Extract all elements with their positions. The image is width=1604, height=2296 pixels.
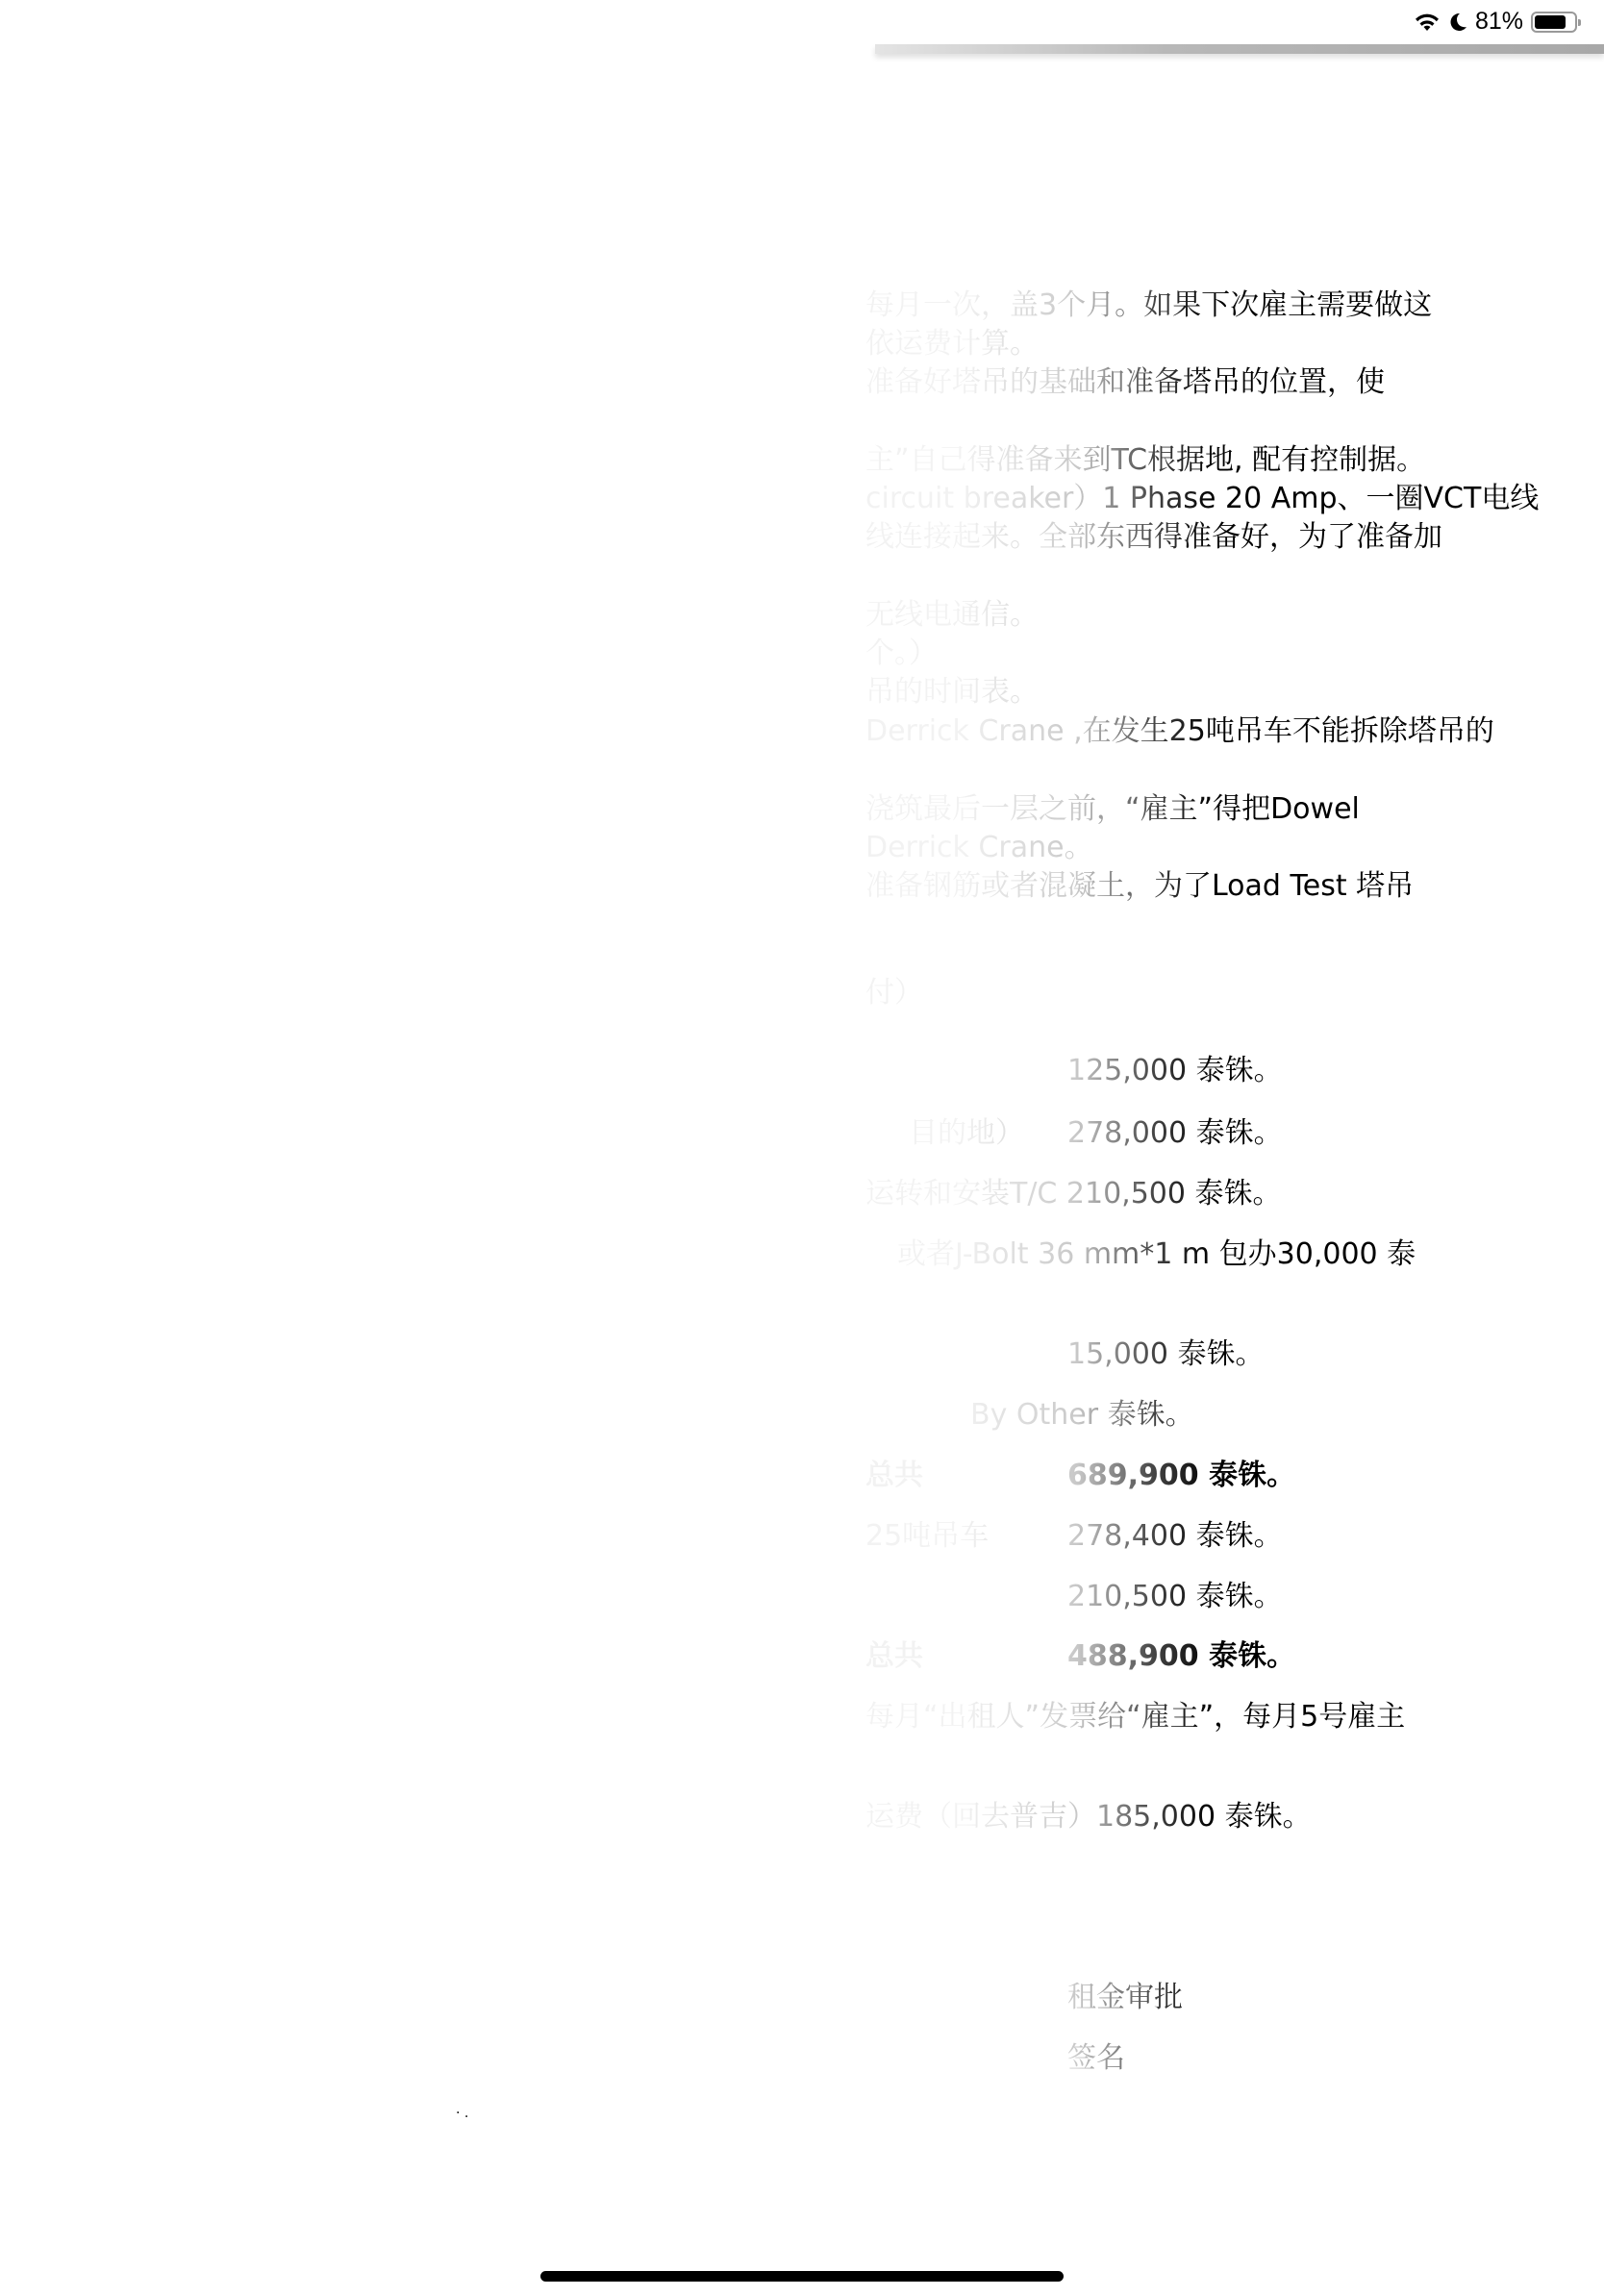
document-line: 准备钢筋或者混凝土，为了Load Test 塔吊 <box>865 867 1414 906</box>
document-line: Derrick Crane ,在发生25吨吊车不能拆除塔吊的 <box>865 712 1494 751</box>
document-line: 125,000 泰铢。 <box>1067 1052 1283 1090</box>
document-line: 主”自己得准备来到TC根据地, 配有控制据。 <box>865 441 1425 480</box>
document-line: 210,500 泰铢。 <box>1067 1578 1283 1616</box>
document-line: By Other 泰铢。 <box>970 1396 1194 1435</box>
document-line: circuit breaker）1 Phase 20 Amp、一圈VCT电线 <box>865 480 1539 518</box>
document-line: 每月一次，盖3个月。如果下次雇主需要做这 <box>865 287 1432 325</box>
document-line: 无线电通信。 <box>865 596 1039 635</box>
document-line: 总共 <box>865 1457 923 1495</box>
document-line: 浇筑最后一层之前，“雇主”得把Dowel <box>865 790 1360 829</box>
stray-marks: · . <box>456 2106 468 2121</box>
document-page[interactable]: 每月一次，盖3个月。如果下次雇主需要做这依运费计算。准备好塔吊的基础和准备塔吊的… <box>0 0 1604 2296</box>
document-line: 个。） <box>865 635 938 673</box>
document-line: 吊的时间表。 <box>865 673 1039 711</box>
document-line: 或者J-Bolt 36 mm*1 m 包办30,000 泰 <box>897 1235 1416 1274</box>
document-line: 25吨吊车 <box>865 1517 989 1556</box>
document-line: 278,000 泰铢。 <box>1067 1114 1283 1153</box>
home-indicator[interactable] <box>540 2271 1064 2282</box>
document-line: Derrick Crane。 <box>865 829 1093 867</box>
document-line: 689,900 泰铢。 <box>1067 1457 1295 1495</box>
document-line: 目的地） <box>909 1114 1024 1153</box>
document-line: 运费（回去普吉）185,000 泰铢。 <box>865 1798 1312 1836</box>
document-line: 准备好塔吊的基础和准备塔吊的位置，使 <box>865 363 1385 402</box>
document-line: 278,400 泰铢。 <box>1067 1517 1283 1556</box>
document-line: 488,900 泰铢。 <box>1067 1637 1295 1676</box>
document-line: 15,000 泰铢。 <box>1067 1335 1265 1374</box>
document-line: 签名 <box>1067 2039 1125 2078</box>
document-line: 线连接起来。全部东西得准备好，为了准备加 <box>865 518 1442 557</box>
document-line: 总共 <box>865 1637 923 1676</box>
document-line: 运转和安装T/C 210,500 泰铢。 <box>865 1175 1282 1213</box>
document-line: 租金审批 <box>1067 1979 1183 2017</box>
document-line: 依运费计算。 <box>865 325 1039 363</box>
document-line: 每月“出租人”发票给“雇主”，每月5号雇主 <box>865 1698 1405 1736</box>
document-line: 付） <box>865 974 923 1012</box>
